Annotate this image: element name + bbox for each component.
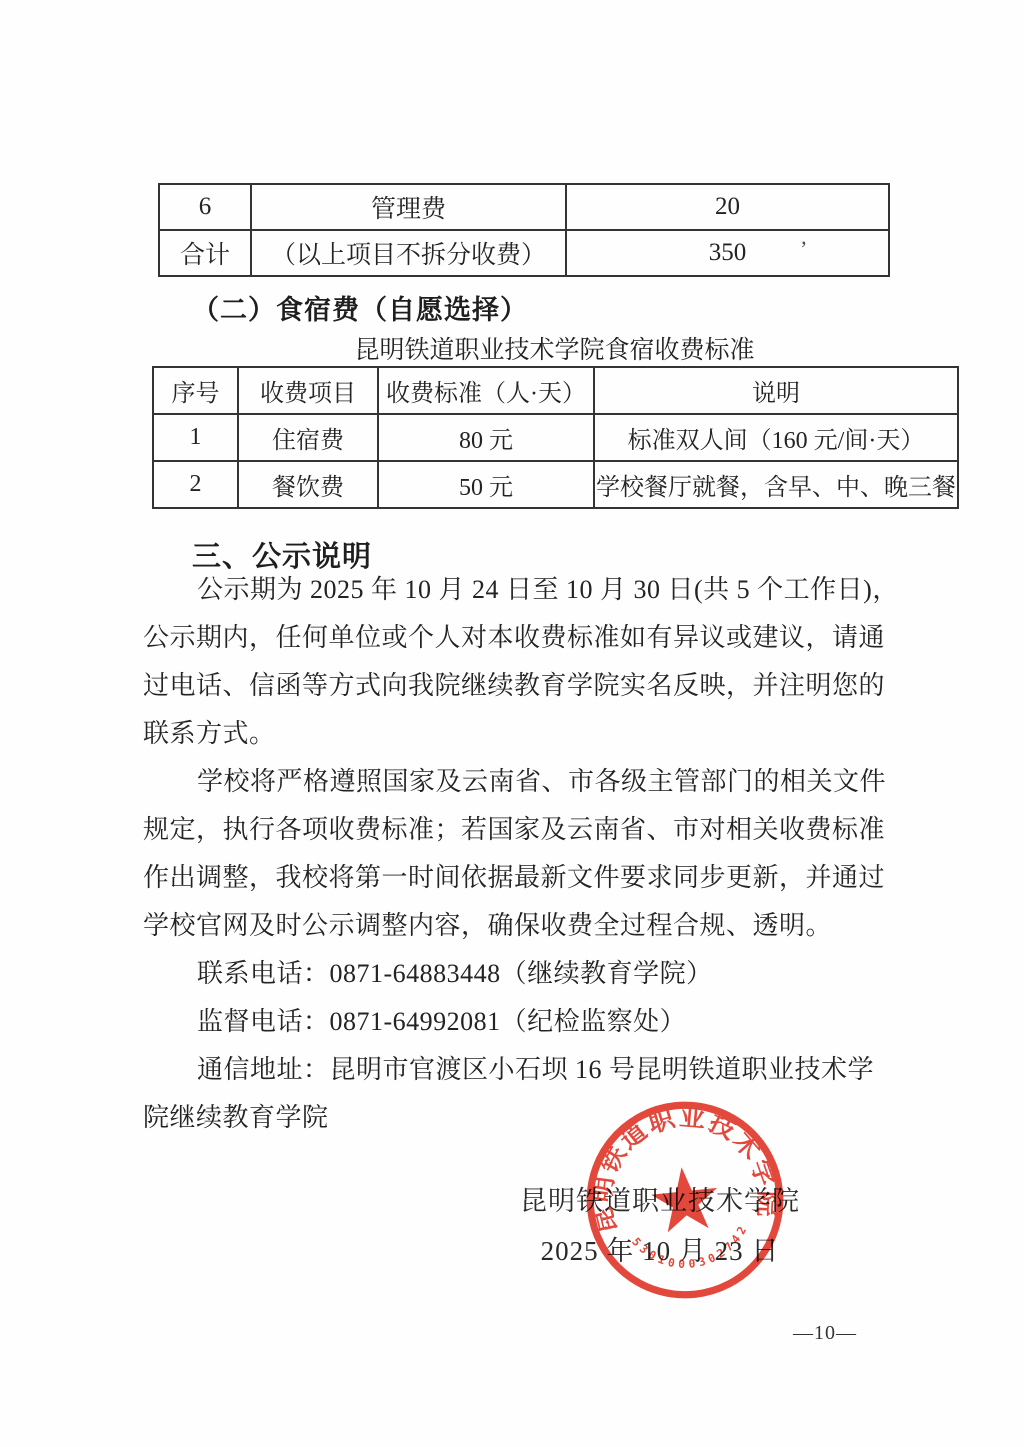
col-header-item: 收费项目 xyxy=(238,367,378,414)
paragraph-line: 学校将严格遵照国家及云南省、市各级主管部门的相关文件 xyxy=(143,758,918,806)
col-header-standard: 收费标准（人·天） xyxy=(378,367,594,414)
cell-item: 住宿费 xyxy=(238,414,378,461)
fee-total-label: 合计 xyxy=(159,230,251,276)
publicity-body-text: 公示期为 2025 年 10 月 24 日至 10 月 30 日(共 5 个工作… xyxy=(143,566,918,1142)
paragraph-line: 公示期为 2025 年 10 月 24 日至 10 月 30 日(共 5 个工作… xyxy=(143,566,918,614)
fee-total-note: （以上项目不拆分收费） xyxy=(251,230,566,276)
lodging-fee-table: 序号 收费项目 收费标准（人·天） 说明 1 住宿费 80 元 标准双人间（16… xyxy=(152,366,959,509)
fee-row-item: 管理费 xyxy=(251,184,566,230)
cell-standard: 50 元 xyxy=(378,461,594,508)
table-row: 6 管理费 20 xyxy=(159,184,889,230)
address-line: 院继续教育学院 xyxy=(143,1094,918,1142)
paragraph-line: 学校官网及时公示调整内容，确保收费全过程合规、透明。 xyxy=(143,902,918,950)
paragraph-line: 规定，执行各项收费标准；若国家及云南省、市对相关收费标准 xyxy=(143,806,918,854)
table-row: 合计 （以上项目不拆分收费） 350 xyxy=(159,230,889,276)
col-header-no: 序号 xyxy=(153,367,238,414)
table-header-row: 序号 收费项目 收费标准（人·天） 说明 xyxy=(153,367,958,414)
paragraph-line: 过电话、信函等方式向我院继续教育学院实名反映，并注明您的 xyxy=(143,662,918,710)
table-row: 2 餐饮费 50 元 学校餐厅就餐，含早、中、晚三餐 xyxy=(153,461,958,508)
cell-no: 2 xyxy=(153,461,238,508)
lodging-table-title: 昆明铁道职业技术学院食宿收费标准 xyxy=(152,330,957,366)
cell-no: 1 xyxy=(153,414,238,461)
svg-text:5301000302742: 5301000302742 xyxy=(628,1223,752,1277)
supervise-phone-line: 监督电话：0871-64992081（纪检监察处） xyxy=(143,998,918,1046)
paragraph-line: 联系方式。 xyxy=(143,710,918,758)
fee-row-value: 20 xyxy=(566,184,889,230)
fee-row-number: 6 xyxy=(159,184,251,230)
paragraph-line: 公示期内，任何单位或个人对本收费标准如有异议或建议，请通 xyxy=(143,614,918,662)
paragraph-line: 作出调整，我校将第一时间依据最新文件要求同步更新，并通过 xyxy=(143,854,918,902)
fee-summary-table: 6 管理费 20 合计 （以上项目不拆分收费） 350 xyxy=(158,183,890,277)
document-page: 6 管理费 20 合计 （以上项目不拆分收费） 350 ’ （二）食宿费（自愿选… xyxy=(0,0,1024,1447)
section-heading-lodging: （二）食宿费（自愿选择） xyxy=(192,288,528,327)
page-number: —10— xyxy=(793,1322,857,1345)
official-seal: 昆明铁道职业技术学院 5301000302742 xyxy=(572,1087,798,1313)
table-row: 1 住宿费 80 元 标准双人间（160 元/间·天） xyxy=(153,414,958,461)
cell-item: 餐饮费 xyxy=(238,461,378,508)
fee-total-value: 350 xyxy=(566,230,889,276)
seal-serial-number: 5301000302742 xyxy=(628,1223,752,1277)
seal-star xyxy=(648,1164,721,1234)
col-header-note: 说明 xyxy=(594,367,958,414)
address-line: 通信地址：昆明市官渡区小石坝 16 号昆明铁道职业技术学 xyxy=(143,1046,918,1094)
cell-note: 标准双人间（160 元/间·天） xyxy=(594,414,958,461)
cell-note: 学校餐厅就餐，含早、中、晚三餐 xyxy=(594,461,958,508)
scan-artifact: ’ xyxy=(800,236,807,262)
cell-standard: 80 元 xyxy=(378,414,594,461)
contact-phone-line: 联系电话：0871-64883448（继续教育学院） xyxy=(143,950,918,998)
